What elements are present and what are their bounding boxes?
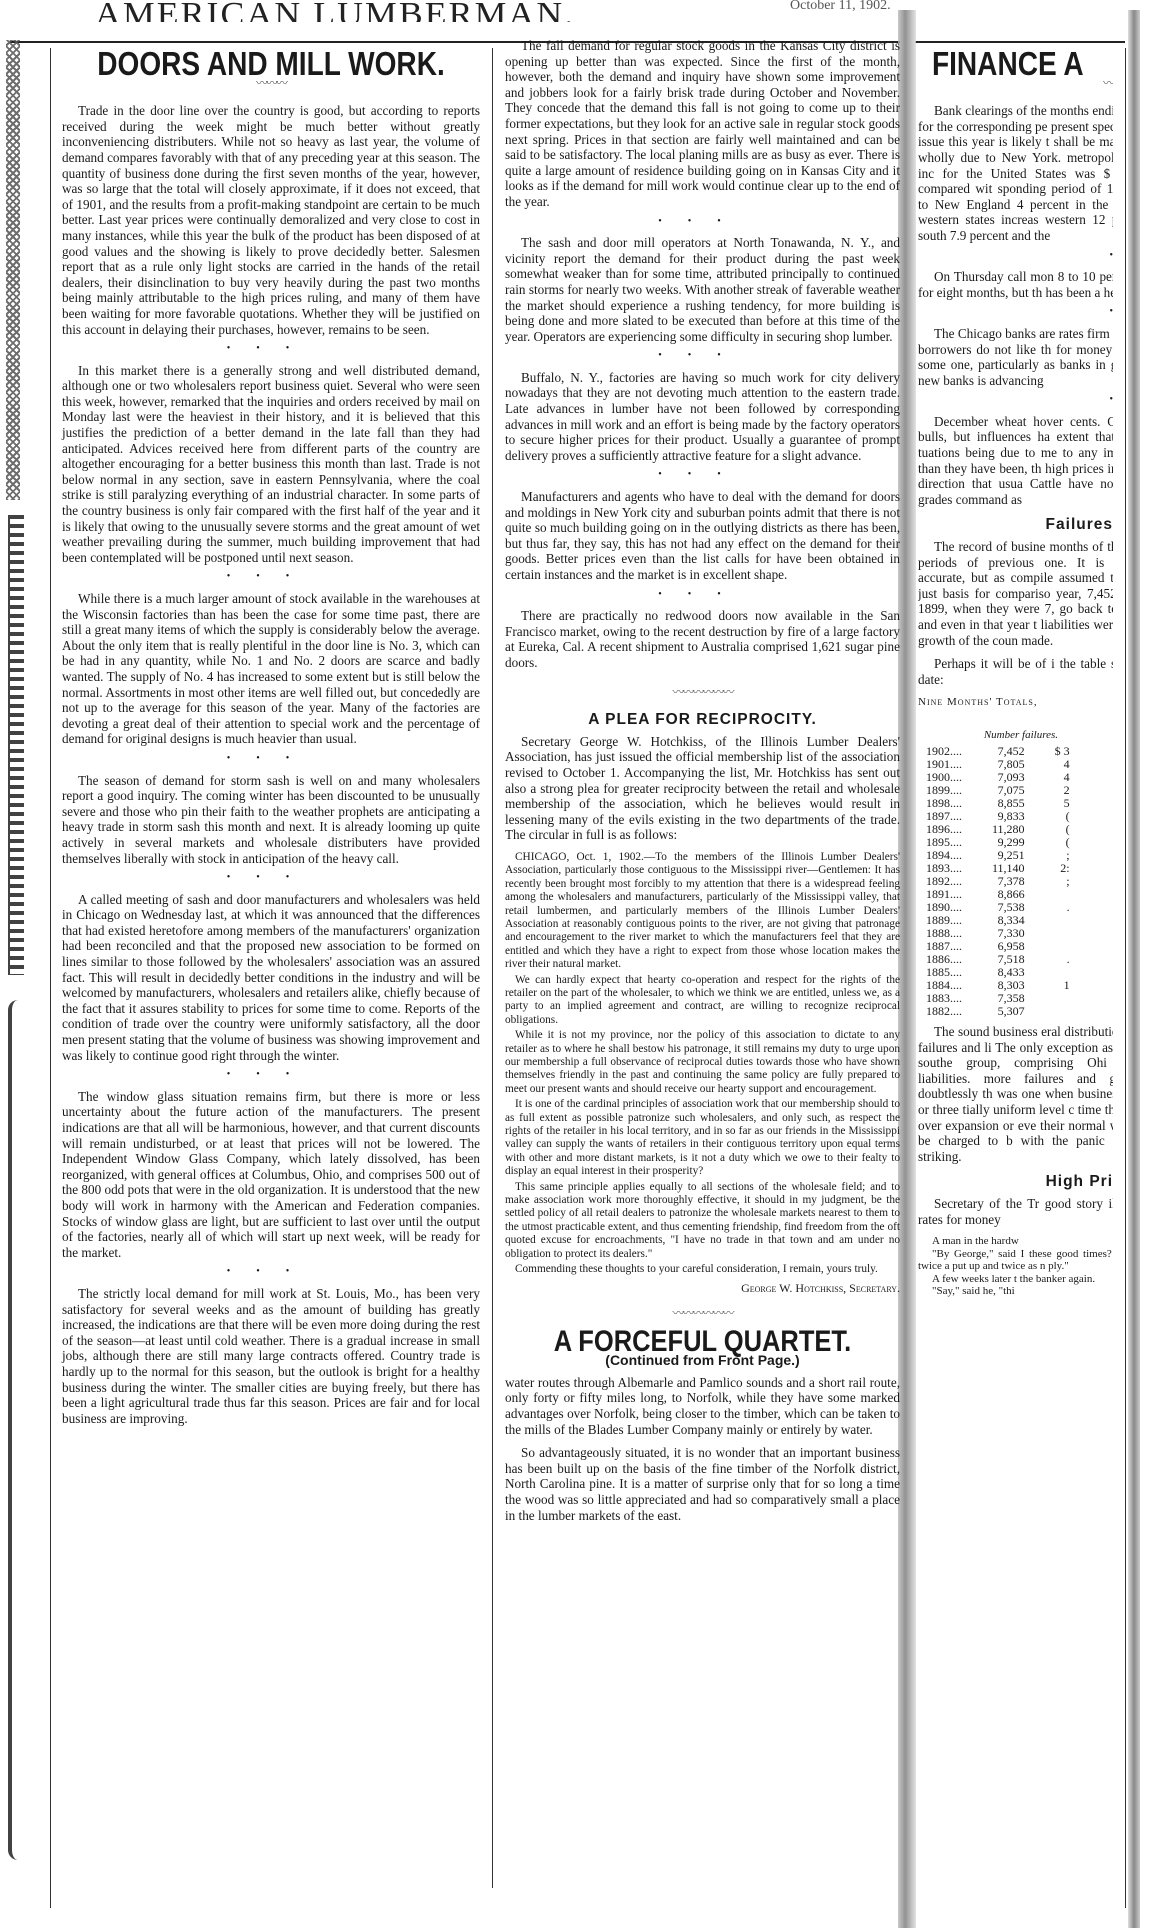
column-rule-right xyxy=(1125,48,1126,1908)
failures-table-row: 1882....5,307 xyxy=(922,1005,1074,1018)
article-paragraph: The sound business eral distribution of … xyxy=(918,1024,1113,1164)
column-rule-left xyxy=(50,48,51,1908)
article-paragraph: The Chicago banks are rates firm at 6 pe… xyxy=(918,326,1113,388)
failures-table: 1902....7,452$ 31901....7,80541900....7,… xyxy=(922,745,1074,1018)
headline-finance: FINANCE A xyxy=(932,56,1086,72)
section-separator: ••• xyxy=(505,348,900,364)
section-separator: • xyxy=(918,248,1113,264)
article-paragraph: The window glass situation remains firm,… xyxy=(62,1089,480,1261)
article-paragraph: Secretary George W. Hotchkiss, of the Il… xyxy=(505,734,900,843)
column-middle: The fall demand for regular stock goods … xyxy=(505,38,900,1531)
cell-liab xyxy=(1029,927,1074,940)
decorative-squiggle: 〰〰〰〰〰〰 xyxy=(505,685,900,701)
article-paragraph: Bank clearings of the months ending Sept… xyxy=(918,103,1113,243)
column-doors-and-mill-work: DOORS AND MILL WORK. 〰〰〰 Trade in the do… xyxy=(62,50,480,1434)
table-header-number-failures: Number failures. xyxy=(918,729,1058,741)
decorative-border-scroll xyxy=(8,1000,24,1860)
headline-forceful-quartet: A FORCEFUL QUARTET. xyxy=(535,1334,871,1350)
article-paragraph: While there is a much larger amount of s… xyxy=(62,591,480,747)
letter-paragraph: This same principle applies equally to a… xyxy=(505,1181,900,1261)
article-paragraph: December wheat hover cents. Conditions a… xyxy=(918,414,1113,508)
decorative-border-lattice xyxy=(6,40,20,500)
section-separator: ••• xyxy=(505,214,900,230)
top-rule-right xyxy=(915,41,1125,43)
section-separator: • xyxy=(918,392,1113,408)
masthead-date: October 11, 1902. xyxy=(790,0,891,16)
cell-liab xyxy=(1029,992,1074,1005)
section-separator: ••• xyxy=(62,341,480,357)
section-separator: ••• xyxy=(505,467,900,483)
cell-liab: . xyxy=(1029,901,1074,914)
letter-signature: George W. Hotchkiss, Secretary. xyxy=(505,1281,900,1297)
page-fold-shadow xyxy=(898,10,916,1928)
section-separator: ••• xyxy=(62,1264,480,1280)
cell-liab: ; xyxy=(1029,875,1074,888)
article-paragraph: There are practically no redwood doors n… xyxy=(505,608,900,670)
anecdote-line: A man in the hardw xyxy=(918,1235,1113,1248)
subhead-failures: Failures xyxy=(918,517,1113,533)
headline-plea-for-reciprocity: A PLEA FOR RECIPROCITY. xyxy=(505,712,900,728)
article-paragraph: The record of busine months of this year… xyxy=(918,539,1113,648)
article-paragraph: water routes through Albemarle and Pamli… xyxy=(505,1375,900,1437)
headline-doors-and-mill-work: DOORS AND MILL WORK. xyxy=(93,56,448,72)
section-separator: ••• xyxy=(62,569,480,585)
section-separator: ••• xyxy=(62,751,480,767)
section-separator: ••• xyxy=(62,870,480,886)
letter-paragraph: We can hardly expect that hearty co-oper… xyxy=(505,974,900,1028)
anecdote-line: "By George," said I these good times? I'… xyxy=(918,1248,1113,1273)
letter-paragraph: While it is not my province, nor the pol… xyxy=(505,1029,900,1096)
anecdote-line: A few weeks later t the banker again. xyxy=(918,1273,1113,1286)
article-paragraph: Buffalo, N. Y., factories are having so … xyxy=(505,370,900,464)
letter-paragraph: Commending these thoughts to your carefu… xyxy=(505,1263,900,1276)
article-paragraph: A called meeting of sash and door manufa… xyxy=(62,892,480,1064)
article-paragraph: So advantageously situated, it is no won… xyxy=(505,1445,900,1523)
cell-liab xyxy=(1029,1005,1074,1018)
article-paragraph: The strictly local demand for mill work … xyxy=(62,1286,480,1426)
cell-year: 1882.... xyxy=(922,1005,966,1018)
article-paragraph: The fall demand for regular stock goods … xyxy=(505,38,900,210)
section-separator: • xyxy=(918,304,1113,320)
cell-liab xyxy=(1029,914,1074,927)
article-paragraph: Secretary of the Tr good story illustrat… xyxy=(918,1196,1113,1227)
decorative-squiggle: 〰〰〰〰〰〰 xyxy=(505,1306,900,1322)
subhead-high-prices: High Pri xyxy=(918,1174,1113,1190)
column-rule-middle xyxy=(492,48,493,1888)
letter-paragraph: CHICAGO, Oct. 1, 1902.—To the members of… xyxy=(505,851,900,972)
anecdote: A man in the hardw "By George," said I t… xyxy=(918,1235,1113,1298)
article-paragraph: Manufacturers and agents who have to dea… xyxy=(505,489,900,583)
anecdote-line: "Say," said he, "thi xyxy=(918,1285,1113,1298)
cell-number: 5,307 xyxy=(966,1005,1029,1018)
column-finance: FINANCE A 〰 Bank clearings of the months… xyxy=(918,50,1113,1298)
article-paragraph: On Thursday call mon 8 to 10 percent and… xyxy=(918,269,1113,300)
article-paragraph: The season of demand for storm sash is w… xyxy=(62,773,480,867)
article-paragraph: In this market there is a generally stro… xyxy=(62,363,480,566)
decorative-border-ornate xyxy=(8,515,24,975)
masthead-title: AMERICAN LUMBERMAN. xyxy=(95,0,575,22)
letter-paragraph: It is one of the cardinal principles of … xyxy=(505,1098,900,1178)
article-paragraph: Perhaps it will be of i the table showin… xyxy=(918,656,1113,687)
table-caption: Nine Months' Totals, xyxy=(918,695,1113,711)
section-separator: ••• xyxy=(505,587,900,603)
page-edge-shadow xyxy=(1128,10,1140,1928)
section-separator: ••• xyxy=(62,1067,480,1083)
circular-letter: CHICAGO, Oct. 1, 1902.—To the members of… xyxy=(505,851,900,1277)
cell-liab: . xyxy=(1029,953,1074,966)
article-paragraph: The sash and door mill operators at Nort… xyxy=(505,235,900,344)
cell-liab: 1 xyxy=(1029,979,1074,992)
article-paragraph: Trade in the door line over the country … xyxy=(62,103,480,337)
